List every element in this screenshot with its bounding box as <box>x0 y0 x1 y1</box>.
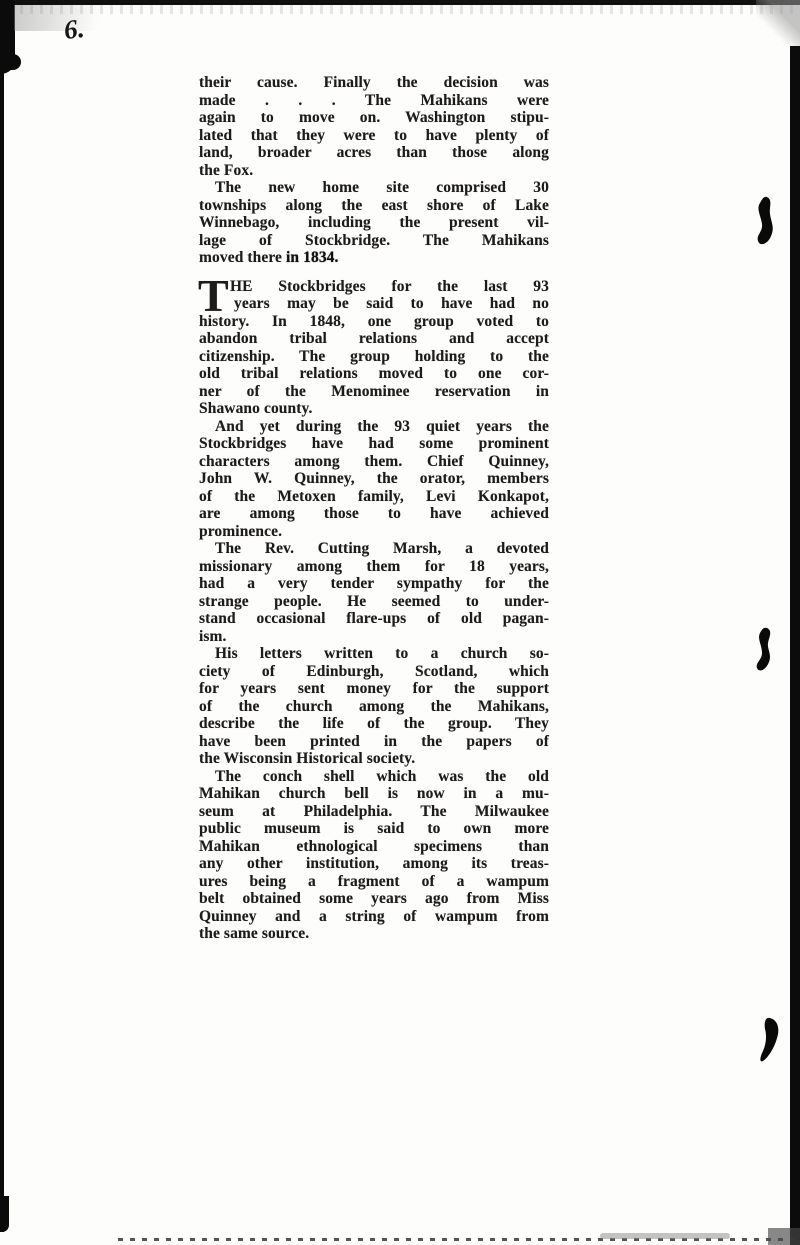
text-line: ures being a fragment of a wampum <box>199 873 549 891</box>
text-line: are among those to have achieved <box>199 505 549 523</box>
text-line: Stockbridges have had some prominent <box>199 435 549 453</box>
text-line: The conch shell which was the old <box>199 768 549 786</box>
text-line: any other institution, among its treas- <box>199 855 549 873</box>
text-line: belt obtained some years ago from Miss <box>199 890 549 908</box>
text-line: Mahikan church bell is now in a mu- <box>199 785 549 803</box>
article-column: their cause. Finally the decision wasmad… <box>199 74 549 943</box>
text-line: And yet during the 93 quiet years the <box>199 418 549 436</box>
scan-edge-left-foot <box>0 1196 9 1232</box>
paragraph: The Rev. Cutting Marsh, a devotedmission… <box>199 540 549 645</box>
text-line: ism. <box>199 628 549 646</box>
text-line: of the Metoxen family, Levi Konkapot, <box>199 488 549 506</box>
text-line: made . . . The Mahikans were <box>199 92 549 110</box>
text-line: years may be said to have had no <box>199 295 549 313</box>
ink-blot-lower-right-icon <box>755 1017 781 1063</box>
scan-corner-top-right-haze <box>756 0 800 48</box>
text-line: lage of Stockbridge. The Mahikans <box>199 232 549 250</box>
paragraph: His letters written to a church so-ciety… <box>199 645 549 768</box>
scan-edge-right <box>790 46 800 1245</box>
scan-edge-left <box>0 0 4 1232</box>
paragraph: And yet during the 93 quiet years theSto… <box>199 418 549 541</box>
paragraph: THE Stockbridges for the last 93years ma… <box>199 278 549 418</box>
text-line: public museum is said to own more <box>199 820 549 838</box>
text-line: The Rev. Cutting Marsh, a devoted <box>199 540 549 558</box>
scan-edge-bottom-smudge <box>600 1233 730 1239</box>
text-line: the Fox. <box>199 162 549 180</box>
text-line: HE Stockbridges for the last 93 <box>199 278 549 296</box>
text-line: again to move on. Washington stipu- <box>199 109 549 127</box>
scan-corner-bottom-right <box>768 1228 800 1245</box>
text-line: the Wisconsin Historical society. <box>199 750 549 768</box>
text-line: Shawano county. <box>199 400 549 418</box>
text-line: His letters written to a church so- <box>199 645 549 663</box>
scan-corner-top-left-bump <box>0 54 21 70</box>
text-line: moved there in 1834. <box>199 249 549 267</box>
text-line: describe the life of the group. They <box>199 715 549 733</box>
text-line: ner of the Menominee reservation in <box>199 383 549 401</box>
text-line: Mahikan ethnological specimens than <box>199 838 549 856</box>
text-line: land, broader acres than those along <box>199 144 549 162</box>
text-line: have been printed in the papers of <box>199 733 549 751</box>
ink-blot-middle-right-icon <box>752 627 775 673</box>
text-line: their cause. Finally the decision was <box>199 74 549 92</box>
text-line: the same source. <box>199 925 549 943</box>
text-line: citizenship. The group holding to the <box>199 348 549 366</box>
text-line: seum at Philadelphia. The Milwaukee <box>199 803 549 821</box>
drop-cap-letter: T <box>198 273 229 319</box>
text-line: The new home site comprised 30 <box>199 179 549 197</box>
text-line: lated that they were to have plenty of <box>199 127 549 145</box>
text-line: townships along the east shore of Lake <box>199 197 549 215</box>
text-line: John W. Quinney, the orator, members <box>199 470 549 488</box>
text-line: ciety of Edinburgh, Scotland, which <box>199 663 549 681</box>
text-line: Winnebago, including the present vil- <box>199 214 549 232</box>
text-line: prominence. <box>199 523 549 541</box>
paragraph: The new home site comprised 30townships … <box>199 179 549 267</box>
text-line: Quinney and a string of wampum from <box>199 908 549 926</box>
text-line: missionary among them for 18 years, <box>199 558 549 576</box>
paragraph: their cause. Finally the decision wasmad… <box>199 74 549 179</box>
emphasized-text: in 1834. <box>286 249 338 266</box>
text-line: had a very tender sympathy for the <box>199 575 549 593</box>
paragraph: The conch shell which was the oldMahikan… <box>199 768 549 943</box>
text-line: strange people. He seemed to under- <box>199 593 549 611</box>
text-line: characters among them. Chief Quinney, <box>199 453 549 471</box>
scanned-page: 6. their cause. Finally the decision was… <box>0 0 800 1245</box>
text-line: for years sent money for the support <box>199 680 549 698</box>
text-line: abandon tribal relations and accept <box>199 330 549 348</box>
text-line: stand occasional flare-ups of old pagan- <box>199 610 549 628</box>
text-segment: moved there <box>199 249 286 266</box>
text-line: history. In 1848, one group voted to <box>199 313 549 331</box>
ink-blot-upper-right-icon <box>753 196 777 248</box>
handwritten-page-number: 6. <box>62 13 86 46</box>
text-line: old tribal relations moved to one cor- <box>199 365 549 383</box>
text-line: of the church among the Mahikans, <box>199 698 549 716</box>
